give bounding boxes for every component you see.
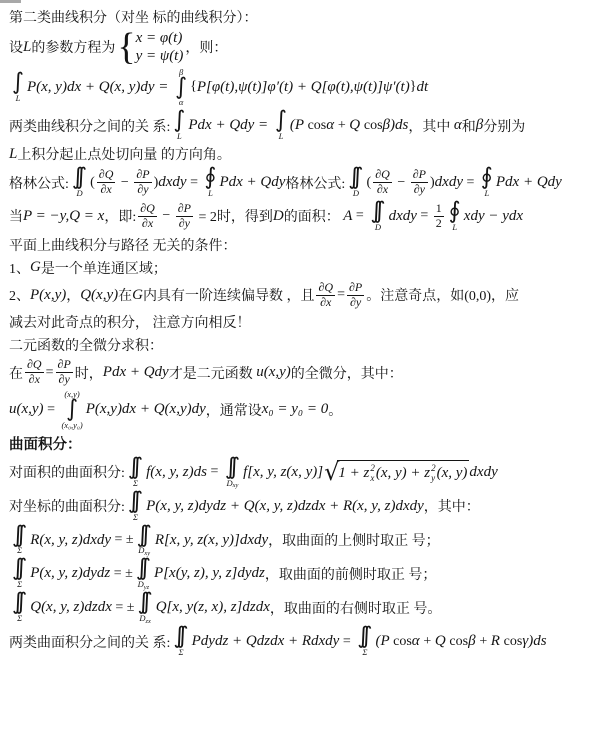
math-run: P[φ(t),ψ(t)]φ′(t) + Q[φ(t),ψ(t)]ψ′(t) <box>197 79 410 96</box>
subscript: yz <box>144 585 149 592</box>
fraction: ∂Q∂x <box>25 358 44 387</box>
text-run: 上积分起止点处切向量 的方向角。 <box>17 144 231 164</box>
formula-line-4: 两类曲线积分之间的关 系:∫LPdx + Qdy = ∫L(P cosα + Q… <box>9 110 595 141</box>
math-run: Pdx + Qdy <box>103 364 169 381</box>
math-run: Σ <box>17 580 22 589</box>
math-run: D <box>353 189 359 198</box>
operator-with-limits: β∫α <box>175 68 187 108</box>
text-run: 才是二元函数 <box>169 363 257 383</box>
text-run: ，其中 <box>408 116 454 136</box>
math-run: ∂Q <box>140 202 155 216</box>
fraction-denominator: ∂y <box>348 296 363 310</box>
math-run: y = ψ(t) <box>136 48 184 65</box>
math-run: G <box>132 287 143 304</box>
math-run: ∂P <box>349 281 362 295</box>
math-run: xy <box>233 483 239 490</box>
math-run: α <box>412 633 424 650</box>
text-run: = <box>46 365 54 381</box>
math-run: dxdy <box>435 174 463 191</box>
operator-with-limits: ∮L <box>204 167 216 198</box>
math-run: ∂P <box>178 202 191 216</box>
cases-row: x = φ(t) <box>136 30 184 47</box>
math-run: (x, y) + z <box>376 465 430 482</box>
fraction-numerator: ∂Q <box>25 358 44 373</box>
formula-line-16: 对面积的曲面积分:∫∫Σf(x, y, z)ds = ∫∫Dxyf[x, y, … <box>9 457 595 488</box>
double-integral-icon: ∫∫ <box>72 167 87 189</box>
text-run: ，取曲面的前侧时取正 号； <box>265 564 437 584</box>
subscript: xy <box>144 551 150 558</box>
text-run: 的参数方程为 <box>31 37 115 57</box>
lower-limit: L <box>208 189 213 198</box>
fraction-numerator: ∂Q <box>97 168 116 183</box>
math-run: A <box>343 208 352 225</box>
math-run: P(x,y)dx + Q(x,y)dy <box>86 401 206 418</box>
formula-line-20: ∫∫ΣQ(x, y, z)dzdx = ±∫∫DzxQ[x, y(z, x), … <box>9 592 595 623</box>
math-run: Pdydz + Qdzdx + Rdxdy <box>192 633 340 650</box>
double-integral-icon: ∫∫ <box>12 525 27 547</box>
square-root: √1 + z2x(x, y) + z2y(x, y) <box>324 460 469 484</box>
text-run: = <box>417 208 432 224</box>
text-run: = <box>207 464 222 480</box>
text-run: ， <box>66 285 80 305</box>
text-run: − <box>117 175 132 191</box>
double-integral-icon: ∫∫ <box>173 626 188 648</box>
operator-with-limits: ∫∫Σ <box>128 457 143 488</box>
math-run: dxdy <box>158 174 186 191</box>
formula-line-18: ∫∫ΣR(x, y, z)dxdy = ±∫∫DxyR[x, y, z(x, y… <box>9 525 595 556</box>
math-run: xy <box>144 551 150 558</box>
window-corner-fragment <box>0 0 21 3</box>
lower-limit: (x₀,y₀) <box>61 421 82 430</box>
fraction-numerator: ∂P <box>411 168 428 183</box>
math-run: Q(x, y, z)dzdx <box>30 599 112 616</box>
fraction-numerator: ∂P <box>56 358 73 373</box>
double-integral-icon: ∫∫ <box>137 525 152 547</box>
math-run: ∂x <box>142 217 153 231</box>
math-run: R <box>491 633 504 650</box>
lower-limit: Dyz <box>138 580 150 589</box>
text-run: 两类曲线积分之间的关 系: <box>9 116 170 136</box>
double-integral-icon: ∫∫ <box>136 558 151 580</box>
math-run: L <box>485 189 490 198</box>
fraction-denominator: ∂x <box>140 217 155 231</box>
math-run: P(x, y)dx + Q(x, y)dy = <box>27 79 172 96</box>
math-run: α <box>454 117 462 134</box>
fraction: ∂P∂y <box>134 168 151 197</box>
math-run: Pdx + Qdy = <box>188 117 272 134</box>
math-run: ∂y <box>137 183 148 197</box>
fraction-denominator: ∂y <box>177 217 192 231</box>
math-run: ∂x <box>29 373 40 387</box>
formula-line-5: L上积分起止点处切向量 的方向角。 <box>9 144 595 164</box>
text-run: ( <box>90 175 95 191</box>
math-run: α <box>326 117 338 134</box>
math-run: ∂x <box>100 183 111 197</box>
formula-line-15: 曲面积分： <box>9 433 595 454</box>
operator-with-limits: ∫∫D <box>348 167 363 198</box>
lower-limit: Dxy <box>138 546 150 555</box>
math-run: Q[x, y(z, x), z]dzdx <box>156 599 270 616</box>
math-run: (x₀,y₀) <box>61 421 82 430</box>
text-run: 1、 <box>9 258 30 278</box>
operator-with-limits: ∫∫Dxy <box>225 457 240 488</box>
formula-line-1: 第二类曲线积分（对坐 标的曲线积分）： <box>9 7 595 27</box>
math-run: dt <box>416 79 428 96</box>
text-run: + <box>423 634 434 650</box>
math-run: L <box>279 132 284 141</box>
math-run: ∂Q <box>375 168 390 182</box>
operator-with-limits: ∫∫Σ <box>12 592 27 623</box>
operator-with-limits: ∫∫Σ <box>173 626 188 657</box>
text-run: ，其中： <box>424 496 480 516</box>
text-run: 2 <box>436 217 442 231</box>
double-integral-icon: ∫∫ <box>225 457 240 479</box>
math-run: L <box>9 146 17 163</box>
operator-with-limits: ∫∫Dxy <box>137 525 152 556</box>
math-run: P(x, y, z)dydz + Q(x, y, z)dzdx + R(x, y… <box>146 498 424 515</box>
fraction: ∂Q∂x <box>138 202 157 231</box>
fraction-denominator: 2 <box>434 217 444 231</box>
lower-limit: D <box>353 189 359 198</box>
lower-limit: L <box>177 132 182 141</box>
notes-content: 第二类曲线积分（对坐 标的曲线积分）：设L的参数方程为{x = φ(t)y = … <box>0 0 599 658</box>
fraction: ∂Q∂x <box>373 168 392 197</box>
math-run: ∂P <box>136 168 149 182</box>
math-run: (P <box>375 633 393 650</box>
operator-with-limits: ∫∫D <box>370 201 385 232</box>
math-run: P(x, y, z)dydz <box>30 565 110 582</box>
fraction-numerator: ∂Q <box>373 168 392 183</box>
lower-limit: L <box>279 132 284 141</box>
math-run: ∂Q <box>99 168 114 182</box>
text-run: cos <box>449 634 468 650</box>
fraction-denominator: ∂x <box>27 373 42 387</box>
math-run: G <box>30 259 41 276</box>
formula-line-13: 在∂Q∂x=∂P∂y时，Pdx + Qdy才是二元函数 u(x,y)的全微分，其… <box>9 358 595 387</box>
operator-with-limits: ∫∫Dyz <box>136 558 151 589</box>
double-integral-icon: ∫∫ <box>357 626 372 648</box>
operator-with-limits: ∫∫Σ <box>128 491 143 522</box>
math-run: ∂y <box>59 373 70 387</box>
math-run: )ds <box>528 633 546 650</box>
text-run: 格林公式: <box>285 173 345 193</box>
lower-limit: Dxy <box>227 479 239 488</box>
lower-limit: D <box>76 189 82 198</box>
lower-limit: L <box>452 223 457 232</box>
operator-with-limits: ∮L <box>481 167 493 198</box>
math-run: Pdx + Qdy <box>219 174 285 191</box>
math-run: u(x,y) <box>256 364 291 381</box>
lower-limit: Σ <box>133 479 138 488</box>
math-run: Q <box>435 633 450 650</box>
math-run: α <box>179 98 183 107</box>
fraction: 12 <box>434 202 444 231</box>
formula-line-21: 两类曲面积分之间的关 系:∫∫ΣPdydz + Qdzdx + Rdxdy = … <box>9 626 595 657</box>
subscript: x <box>370 474 374 484</box>
math-run: zx <box>145 619 150 626</box>
text-run: 是一个单连通区域； <box>41 258 167 278</box>
text-run: = <box>187 175 202 191</box>
math-run: Pdx + Qdy <box>496 174 562 191</box>
formula-line-19: ∫∫ΣP(x, y, z)dydz = ±∫∫DyzP[x(y, z), y, … <box>9 558 595 589</box>
formula-line-14: u(x,y) = (x,y)∫(x₀,y₀)P(x,y)dx + Q(x,y)d… <box>9 390 595 430</box>
math-run: )ds <box>390 117 408 134</box>
fraction-denominator: ∂y <box>412 183 427 197</box>
text-run: 的面积： <box>284 206 344 226</box>
radicand: 1 + z2x(x, y) + z2y(x, y) <box>337 460 469 484</box>
contour-integral-icon: ∮ <box>449 201 461 223</box>
contour-integral-icon: ∮ <box>204 167 216 189</box>
text-run: 在 <box>118 285 132 305</box>
text-run: 第二类曲线积分（对坐 标的曲线积分）： <box>9 7 258 27</box>
math-run: R(x, y, z)dxdy <box>30 532 111 549</box>
cases-row: y = ψ(t) <box>136 48 184 65</box>
text-run: 1 <box>436 202 442 216</box>
double-integral-icon: ∫∫ <box>128 491 143 513</box>
text-run: 设 <box>9 37 23 57</box>
text-run: = <box>44 402 59 418</box>
math-run: ∂y <box>350 296 361 310</box>
fraction: ∂Q∂x <box>97 168 116 197</box>
math-run: P(x,y) <box>30 287 66 304</box>
operator-with-limits: (x,y)∫(x₀,y₀) <box>61 390 82 430</box>
text-run: = <box>352 208 367 224</box>
fraction: ∂Q∂x <box>316 281 335 310</box>
lower-limit: L <box>16 94 21 103</box>
text-run: 内具有一阶连续偏导数 ，且 <box>143 285 315 305</box>
text-run: = ± <box>111 532 134 548</box>
double-integral-icon: ∫∫ <box>12 558 27 580</box>
contour-integral-icon: ∮ <box>481 167 493 189</box>
fraction: ∂P∂y <box>411 168 428 197</box>
document-page: 第二类曲线积分（对坐 标的曲线积分）：设L的参数方程为{x = φ(t)y = … <box>0 0 599 744</box>
operator-with-limits: ∫L <box>173 110 185 141</box>
lower-limit: Σ <box>17 546 22 555</box>
text-run: 2、 <box>9 285 30 305</box>
math-run: Σ <box>133 513 138 522</box>
math-run: ∂y <box>179 217 190 231</box>
cases-group: {x = φ(t)y = ψ(t) <box>117 30 183 65</box>
text-run: } <box>410 79 417 95</box>
formula-line-10: 2、P(x,y)，Q(x,y)在G内具有一阶连续偏导数 ，且∂Q∂x=∂P∂y。… <box>9 281 595 310</box>
double-integral-icon: ∫∫ <box>137 592 152 614</box>
formula-line-3: ∫LP(x, y)dx + Q(x, y)dy = β∫α{P[φ(t),ψ(t… <box>9 68 595 108</box>
lower-limit: Σ <box>17 580 22 589</box>
text-run: = <box>339 634 354 650</box>
text-run: 和 <box>462 116 476 136</box>
math-run: β <box>468 633 479 650</box>
double-integral-icon: ∫∫ <box>370 201 385 223</box>
double-integral-icon: ∫∫ <box>12 592 27 614</box>
fraction-numerator: ∂Q <box>316 281 335 296</box>
math-run: L <box>16 94 21 103</box>
math-run: ∂Q <box>27 358 42 372</box>
fraction: ∂P∂y <box>176 202 193 231</box>
operator-with-limits: ∮L <box>449 201 461 232</box>
math-run: Σ <box>362 648 367 657</box>
math-run: 1 + z <box>338 465 369 482</box>
text-run: = <box>463 175 478 191</box>
text-run: 。注意奇点，如(0,0)，应 <box>366 285 519 305</box>
math-run: Q <box>349 117 364 134</box>
math-run: Q(x,y) <box>80 287 118 304</box>
fraction-denominator: ∂x <box>318 296 333 310</box>
text-run: 两类曲面积分之间的关 系: <box>9 632 170 652</box>
math-run: R[x, y, z(x, y)]dxdy <box>155 532 268 549</box>
math-run: D <box>375 223 381 232</box>
fraction-numerator: ∂Q <box>138 202 157 217</box>
math-run: L <box>208 189 213 198</box>
formula-line-12: 二元函数的全微分求积： <box>9 335 595 355</box>
left-brace-icon: { <box>117 31 135 63</box>
math-run: β <box>476 117 483 134</box>
text-run: 对坐标的曲面积分: <box>9 496 125 516</box>
fraction-denominator: ∂x <box>375 183 390 197</box>
math-run: P = −y,Q = x <box>23 208 104 225</box>
math-run: L <box>23 39 31 56</box>
math-run: Σ <box>17 546 22 555</box>
double-integral-icon: ∫∫ <box>348 167 363 189</box>
text-run: 平面上曲线积分与路径 无关的条件： <box>9 235 237 255</box>
text-run: cos <box>308 118 327 134</box>
text-run: ( <box>367 175 372 191</box>
cases-rows: x = φ(t)y = ψ(t) <box>136 30 184 65</box>
math-run: Σ <box>133 479 138 488</box>
subscript: zx <box>145 619 150 626</box>
text-run: 时， <box>75 363 103 383</box>
formula-line-7: 当P = −y,Q = x，即:∂Q∂x − ∂P∂y = 2时，得到D的面积：… <box>9 201 595 232</box>
math-run: x₀ = y₀ = 0 <box>262 401 329 418</box>
double-integral-icon: ∫∫ <box>128 457 143 479</box>
math-run: β <box>383 117 390 134</box>
math-run: dxdy <box>469 464 497 481</box>
sub-sup-stack: 2x <box>370 464 375 484</box>
lower-limit: Σ <box>362 648 367 657</box>
lower-limit: Σ <box>17 614 22 623</box>
heading-run: 曲面积分： <box>9 433 82 454</box>
math-run: xdy − ydx <box>464 208 523 225</box>
text-run: ，取曲面的右侧时取正 号。 <box>270 598 442 618</box>
text-run: 。 <box>328 400 342 420</box>
text-run: 分别为 <box>483 116 525 136</box>
formula-line-8: 平面上曲线积分与路径 无关的条件： <box>9 235 595 255</box>
formula-line-17: 对坐标的曲面积分:∫∫ΣP(x, y, z)dydz + Q(x, y, z)d… <box>9 491 595 522</box>
text-run: − <box>159 208 174 224</box>
lower-limit: Dzx <box>139 614 151 623</box>
math-run: yz <box>144 585 149 592</box>
text-run: − <box>394 175 409 191</box>
text-run: 对面积的曲面积分: <box>9 462 125 482</box>
math-run: L <box>177 132 182 141</box>
operator-with-limits: ∫L <box>275 110 287 141</box>
text-run: 二元函数的全微分求积： <box>9 335 163 355</box>
subscript: xy <box>233 483 239 490</box>
math-run: dxdy <box>389 208 417 225</box>
fraction-numerator: ∂P <box>134 168 151 183</box>
math-run: L <box>452 223 457 232</box>
fraction-numerator: ∂P <box>176 202 193 217</box>
text-run: = ± <box>110 566 133 582</box>
math-run: ∂y <box>414 183 425 197</box>
fraction-numerator: ∂P <box>347 281 364 296</box>
operator-with-limits: ∫∫Σ <box>12 558 27 589</box>
text-run: + <box>338 118 349 134</box>
text-run: 当 <box>9 206 23 226</box>
lower-limit: Σ <box>133 513 138 522</box>
operator-with-limits: ∫∫D <box>72 167 87 198</box>
math-run: D <box>76 189 82 198</box>
subscript: y <box>431 474 435 484</box>
math-run: P[x(y, z), y, z]dydz <box>154 565 265 582</box>
math-run: f(x, y, z)ds <box>146 464 207 481</box>
math-run: f[x, y, z(x, y)] <box>243 464 323 481</box>
fraction: ∂P∂y <box>347 281 364 310</box>
math-run: u(x,y) <box>9 401 44 418</box>
math-run: ∂Q <box>318 281 333 295</box>
formula-line-9: 1、G是一个单连通区域； <box>9 258 595 278</box>
text-run: cos <box>504 634 523 650</box>
operator-with-limits: ∫∫Dzx <box>137 592 152 623</box>
operator-with-limits: ∫∫Σ <box>357 626 372 657</box>
integral-icon: ∫ <box>66 399 78 421</box>
math-run: ∂x <box>377 183 388 197</box>
lower-limit: L <box>485 189 490 198</box>
math-run: x = φ(t) <box>136 30 183 47</box>
math-run: ∂x <box>320 296 331 310</box>
text-run: ，则： <box>185 37 227 57</box>
math-run: ∂P <box>58 358 71 372</box>
math-run: (P <box>290 117 308 134</box>
sub-sup-stack: 2y <box>431 464 436 484</box>
text-run: 格林公式: <box>9 173 69 193</box>
formula-line-11: 减去对此奇点的积分， 注意方向相反！ <box>9 312 595 332</box>
operator-with-limits: ∫∫Σ <box>12 525 27 556</box>
text-run: 的全微分，其中： <box>291 363 403 383</box>
text-run: = ± <box>112 600 135 616</box>
math-run: D <box>273 208 284 225</box>
formula-line-2: 设L的参数方程为{x = φ(t)y = ψ(t)，则： <box>9 30 595 65</box>
lower-limit: Σ <box>178 648 183 657</box>
fraction: ∂P∂y <box>56 358 73 387</box>
text-run: = 2时，得到 <box>195 206 273 226</box>
fraction-denominator: ∂y <box>57 373 72 387</box>
text-run: + <box>479 634 490 650</box>
integral-icon: ∫ <box>12 72 24 94</box>
text-run: cos <box>393 634 412 650</box>
text-run: ，取曲面的上侧时取正 号； <box>268 530 440 550</box>
formula-line-6: 格林公式:∫∫D(∂Q∂x − ∂P∂y)dxdy = ∮LPdx + Qdy格… <box>9 167 595 198</box>
text-run: 在 <box>9 363 23 383</box>
lower-limit: D <box>375 223 381 232</box>
fraction-denominator: ∂x <box>98 183 113 197</box>
operator-with-limits: ∫L <box>12 72 24 103</box>
math-run: (x, y) <box>437 465 468 482</box>
text-run: = <box>337 287 345 303</box>
fraction-denominator: ∂y <box>135 183 150 197</box>
text-run: cos <box>364 118 383 134</box>
text-run: ，通常设 <box>206 400 262 420</box>
math-run: ∂P <box>413 168 426 182</box>
math-run: Σ <box>178 648 183 657</box>
fraction-numerator: 1 <box>434 202 444 217</box>
integral-icon: ∫ <box>175 77 187 99</box>
lower-limit: α <box>179 98 183 107</box>
text-run: 减去对此奇点的积分， 注意方向相反！ <box>9 312 251 332</box>
integral-icon: ∫ <box>275 110 287 132</box>
integral-icon: ∫ <box>173 110 185 132</box>
text-run: ，即: <box>104 206 136 226</box>
math-run: Σ <box>17 614 22 623</box>
